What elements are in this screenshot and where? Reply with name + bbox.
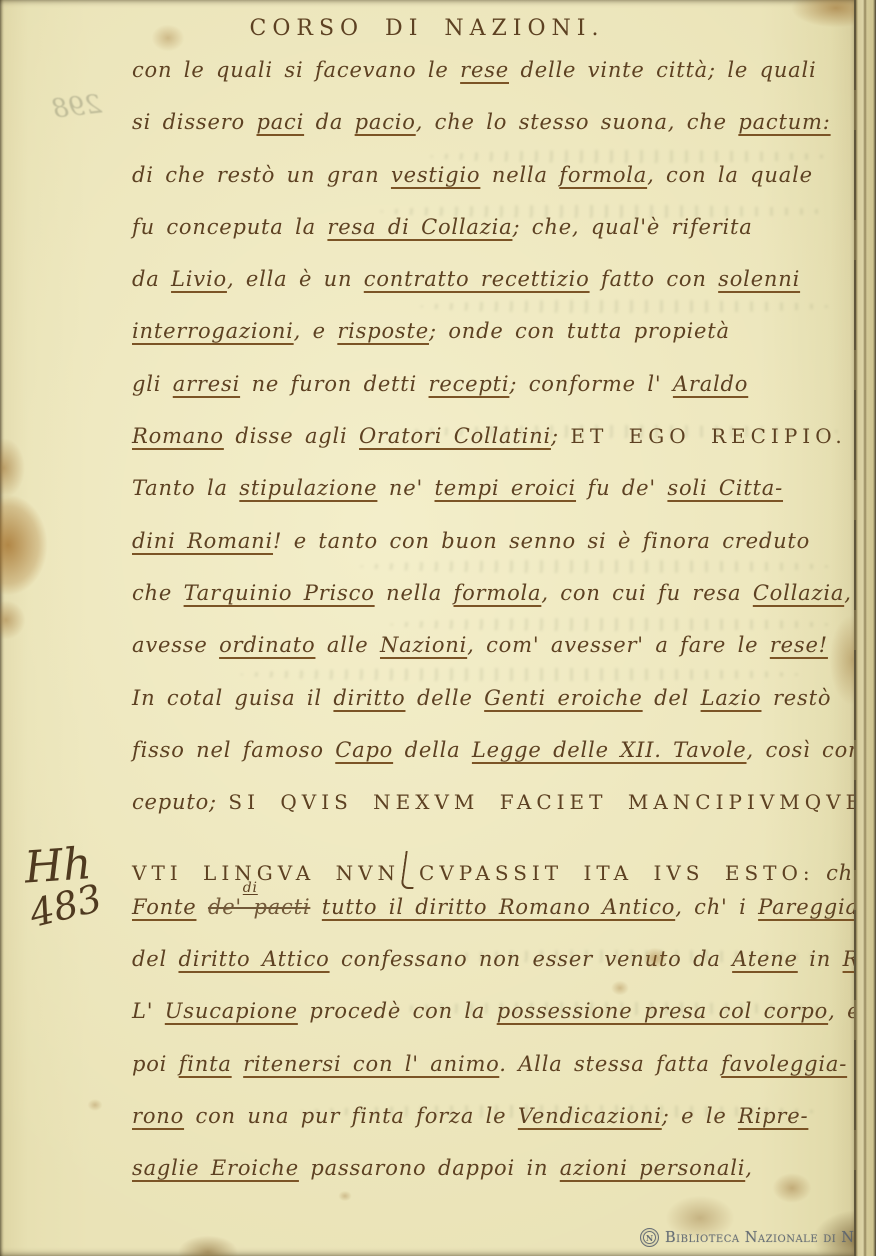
text-segment: ; e le (662, 1104, 738, 1128)
text-line: Fonte de' pactidi tutto il diritto Roman… (132, 895, 854, 947)
text-line: Romano disse agli Oratori Collatini; ET … (132, 424, 854, 476)
watermark-label: Biblioteca Nazionale di Napoli (665, 1230, 876, 1246)
text-segment: ne furon detti (240, 372, 428, 396)
text-line: che Tarquinio Prisco nella formola, con … (132, 581, 854, 633)
text-segment: Araldo (673, 372, 748, 396)
struck-out-word: de' pactidi (208, 895, 310, 919)
text-segment (310, 895, 321, 919)
text-segment: del (643, 686, 701, 710)
text-segment: , (844, 581, 851, 605)
text-segment: Fonte (132, 895, 196, 919)
text-segment: ; che, qual'è riferita (512, 215, 752, 239)
text-segment: ceputo; (132, 790, 228, 814)
text-segment: che (132, 581, 184, 605)
text-line: del diritto Attico confessano non esser … (132, 947, 854, 999)
text-segment: In cotal guisa il (132, 686, 333, 710)
text-segment: formola (454, 581, 542, 605)
text-segment: procedè con la (298, 999, 497, 1023)
text-segment: gli (132, 372, 173, 396)
text-segment: favoleggia- (721, 1052, 847, 1076)
text-segment: vestigio (391, 163, 480, 187)
text-segment: passarono dappoi in (299, 1156, 560, 1180)
text-segment: Lazio (701, 686, 762, 710)
text-line: ceputo; SI QVIS NEXVM FACIET MANCIPIVMQV… (132, 790, 854, 842)
text-segment: ritenersi con l' animo (243, 1052, 499, 1076)
text-line: L' Usucapione procedè con la possessione… (132, 999, 854, 1051)
text-segment: in (798, 947, 843, 971)
text-segment: , (745, 1156, 752, 1180)
text-segment: interrogazioni (132, 319, 294, 343)
text-line: In cotal guisa il diritto delle Genti er… (132, 686, 854, 738)
text-segment: Collazia (753, 581, 844, 605)
text-segment: finta (179, 1052, 232, 1076)
text-line: con le quali si facevano le rese delle v… (132, 58, 854, 110)
text-segment: L' (132, 999, 165, 1023)
text-segment: soli Citta- (667, 476, 783, 500)
text-line: fu conceputa la resa di Collazia; che, q… (132, 215, 854, 267)
text-segment: ; onde con tutta propietà (429, 319, 730, 343)
text-segment: SI QVIS NEXVM FACIET MANCIPIVMQVE (228, 790, 865, 814)
text-segment: , che lo stesso suona, che (416, 110, 739, 134)
text-line: interrogazioni, e risposte; onde con tut… (132, 319, 854, 371)
text-segment: ordinato (219, 633, 315, 657)
text-segment: recepti (429, 372, 510, 396)
text-segment: contratto recettizio (364, 267, 590, 291)
text-segment: VTI LINGVA NVN (132, 861, 400, 885)
text-segment: possessione presa col corpo (497, 999, 828, 1023)
text-line: da Livio, ella è un contratto recettizio… (132, 267, 854, 319)
text-segment: con le quali si facevano le (132, 58, 460, 82)
text-segment: azioni personali (560, 1156, 745, 1180)
text-segment: rono (132, 1104, 184, 1128)
text-segment: , ella è un (227, 267, 364, 291)
library-watermark: N Biblioteca Nazionale di Napoli (640, 1228, 876, 1247)
text-line: avesse ordinato alle Nazioni, com' avess… (132, 633, 854, 685)
text-segment: alle (315, 633, 380, 657)
text-segment: . Alla stessa fatta (499, 1052, 721, 1076)
text-segment: resa di Collazia (327, 215, 512, 239)
library-seal-icon: N (640, 1228, 659, 1247)
text-segment: rese! (770, 633, 828, 657)
text-segment: avesse (132, 633, 219, 657)
text-line: VTI LINGVA NVNCVPASSIT ITA IVS ESTO: ch'… (132, 842, 854, 894)
text-line: gli arresi ne furon detti recepti; confo… (132, 372, 854, 424)
text-segment: , e (294, 319, 338, 343)
text-segment: ! e tanto con buon senno si è finora cre… (273, 529, 810, 553)
text-segment: Legge delle XII. Tavole (472, 738, 747, 762)
text-segment: Atene (732, 947, 798, 971)
text-segment: saglie Eroiche (132, 1156, 299, 1180)
page-edge-strip (854, 0, 876, 1256)
text-segment: delle vinte città; le quali (509, 58, 817, 82)
text-line: fisso nel famoso Capo della Legge delle … (132, 738, 854, 790)
text-line: si dissero paci da pacio, che lo stesso … (132, 110, 854, 162)
text-segment: di che restò un gran (132, 163, 391, 187)
text-segment: , con cui fu resa (541, 581, 752, 605)
text-line: dini Romani! e tanto con buon senno si è… (132, 529, 854, 581)
text-segment: CVPASSIT ITA IVS ESTO: (419, 861, 815, 885)
text-segment: ; (551, 424, 570, 448)
text-segment: tutto il diritto Romano Antico (322, 895, 675, 919)
text-segment: , con la quale (647, 163, 813, 187)
page-title: CORSO DI NAZIONI. (0, 16, 854, 41)
text-segment: Nazioni (380, 633, 467, 657)
text-line: rono con una pur finta forza le Vendicaz… (132, 1104, 854, 1156)
text-segment: solenni (718, 267, 800, 291)
text-segment: fisso nel famoso (132, 738, 335, 762)
paper-sheet: 298 CORSO DI NAZIONI. con le quali si fa… (0, 0, 854, 1256)
text-segment: rese (460, 58, 509, 82)
text-segment (196, 895, 207, 919)
shelfmark: Hh 483 (23, 843, 103, 928)
text-segment: nella (375, 581, 454, 605)
text-segment: da (304, 110, 355, 134)
text-line: di che restò un gran vestigio nella form… (132, 163, 854, 215)
text-segment: ; conforme l' (509, 372, 673, 396)
text-segment: fu conceputa la (132, 215, 327, 239)
text-segment: arresi (173, 372, 240, 396)
text-segment: Tanto la (132, 476, 239, 500)
text-segment: fu de' (576, 476, 667, 500)
text-segment: nella (480, 163, 559, 187)
text-segment: da (132, 267, 171, 291)
text-segment: ET EGO RECIPIO. (570, 424, 846, 448)
text-segment: , com' avesser' a fare le (467, 633, 770, 657)
text-segment: stipulazione (239, 476, 377, 500)
insertion-caret-mark (400, 851, 418, 889)
text-segment: diritto (333, 686, 405, 710)
text-segment: restò (761, 686, 831, 710)
text-segment: Romano (132, 424, 224, 448)
manuscript-page: 298 CORSO DI NAZIONI. con le quali si fa… (0, 0, 876, 1256)
text-segment: ne' (377, 476, 434, 500)
text-line: Tanto la stipulazione ne' tempi eroici f… (132, 476, 854, 528)
text-segment: , così con- (747, 738, 871, 762)
text-segment: pacio (355, 110, 416, 134)
manuscript-text: con le quali si facevano le rese delle v… (132, 58, 854, 1209)
text-segment: si dissero (132, 110, 256, 134)
text-segment: tempi eroici (435, 476, 577, 500)
text-segment: Capo (335, 738, 393, 762)
text-segment (232, 1052, 243, 1076)
text-segment: pactum: (738, 110, 830, 134)
text-segment: diritto Attico (178, 947, 329, 971)
text-line: saglie Eroiche passarono dappoi in azion… (132, 1156, 854, 1208)
text-segment: confessano non esser venuto da (330, 947, 733, 971)
text-segment: risposte (337, 319, 429, 343)
text-segment: , ch' i (675, 895, 758, 919)
text-segment: Vendicazioni (518, 1104, 662, 1128)
text-segment: Livio (171, 267, 227, 291)
text-segment: dini Romani (132, 529, 273, 553)
text-segment: disse agli (224, 424, 359, 448)
text-segment: Usucapione (165, 999, 298, 1023)
ghost-page-number: 298 (51, 89, 104, 124)
text-segment: paci (256, 110, 304, 134)
text-segment: Tarquinio Prisco (184, 581, 375, 605)
text-line: poi finta ritenersi con l' animo. Alla s… (132, 1052, 854, 1104)
text-segment: delle (405, 686, 484, 710)
inserted-word: di (243, 880, 258, 896)
text-segment: Genti eroiche (484, 686, 643, 710)
text-segment: della (393, 738, 472, 762)
text-segment: poi (132, 1052, 179, 1076)
text-segment: fatto con (590, 267, 719, 291)
text-segment: del (132, 947, 178, 971)
text-segment: formola (559, 163, 647, 187)
text-segment: Oratori Collatini (359, 424, 551, 448)
text-segment: con una pur finta forza le (184, 1104, 518, 1128)
text-segment: Ripre- (738, 1104, 808, 1128)
